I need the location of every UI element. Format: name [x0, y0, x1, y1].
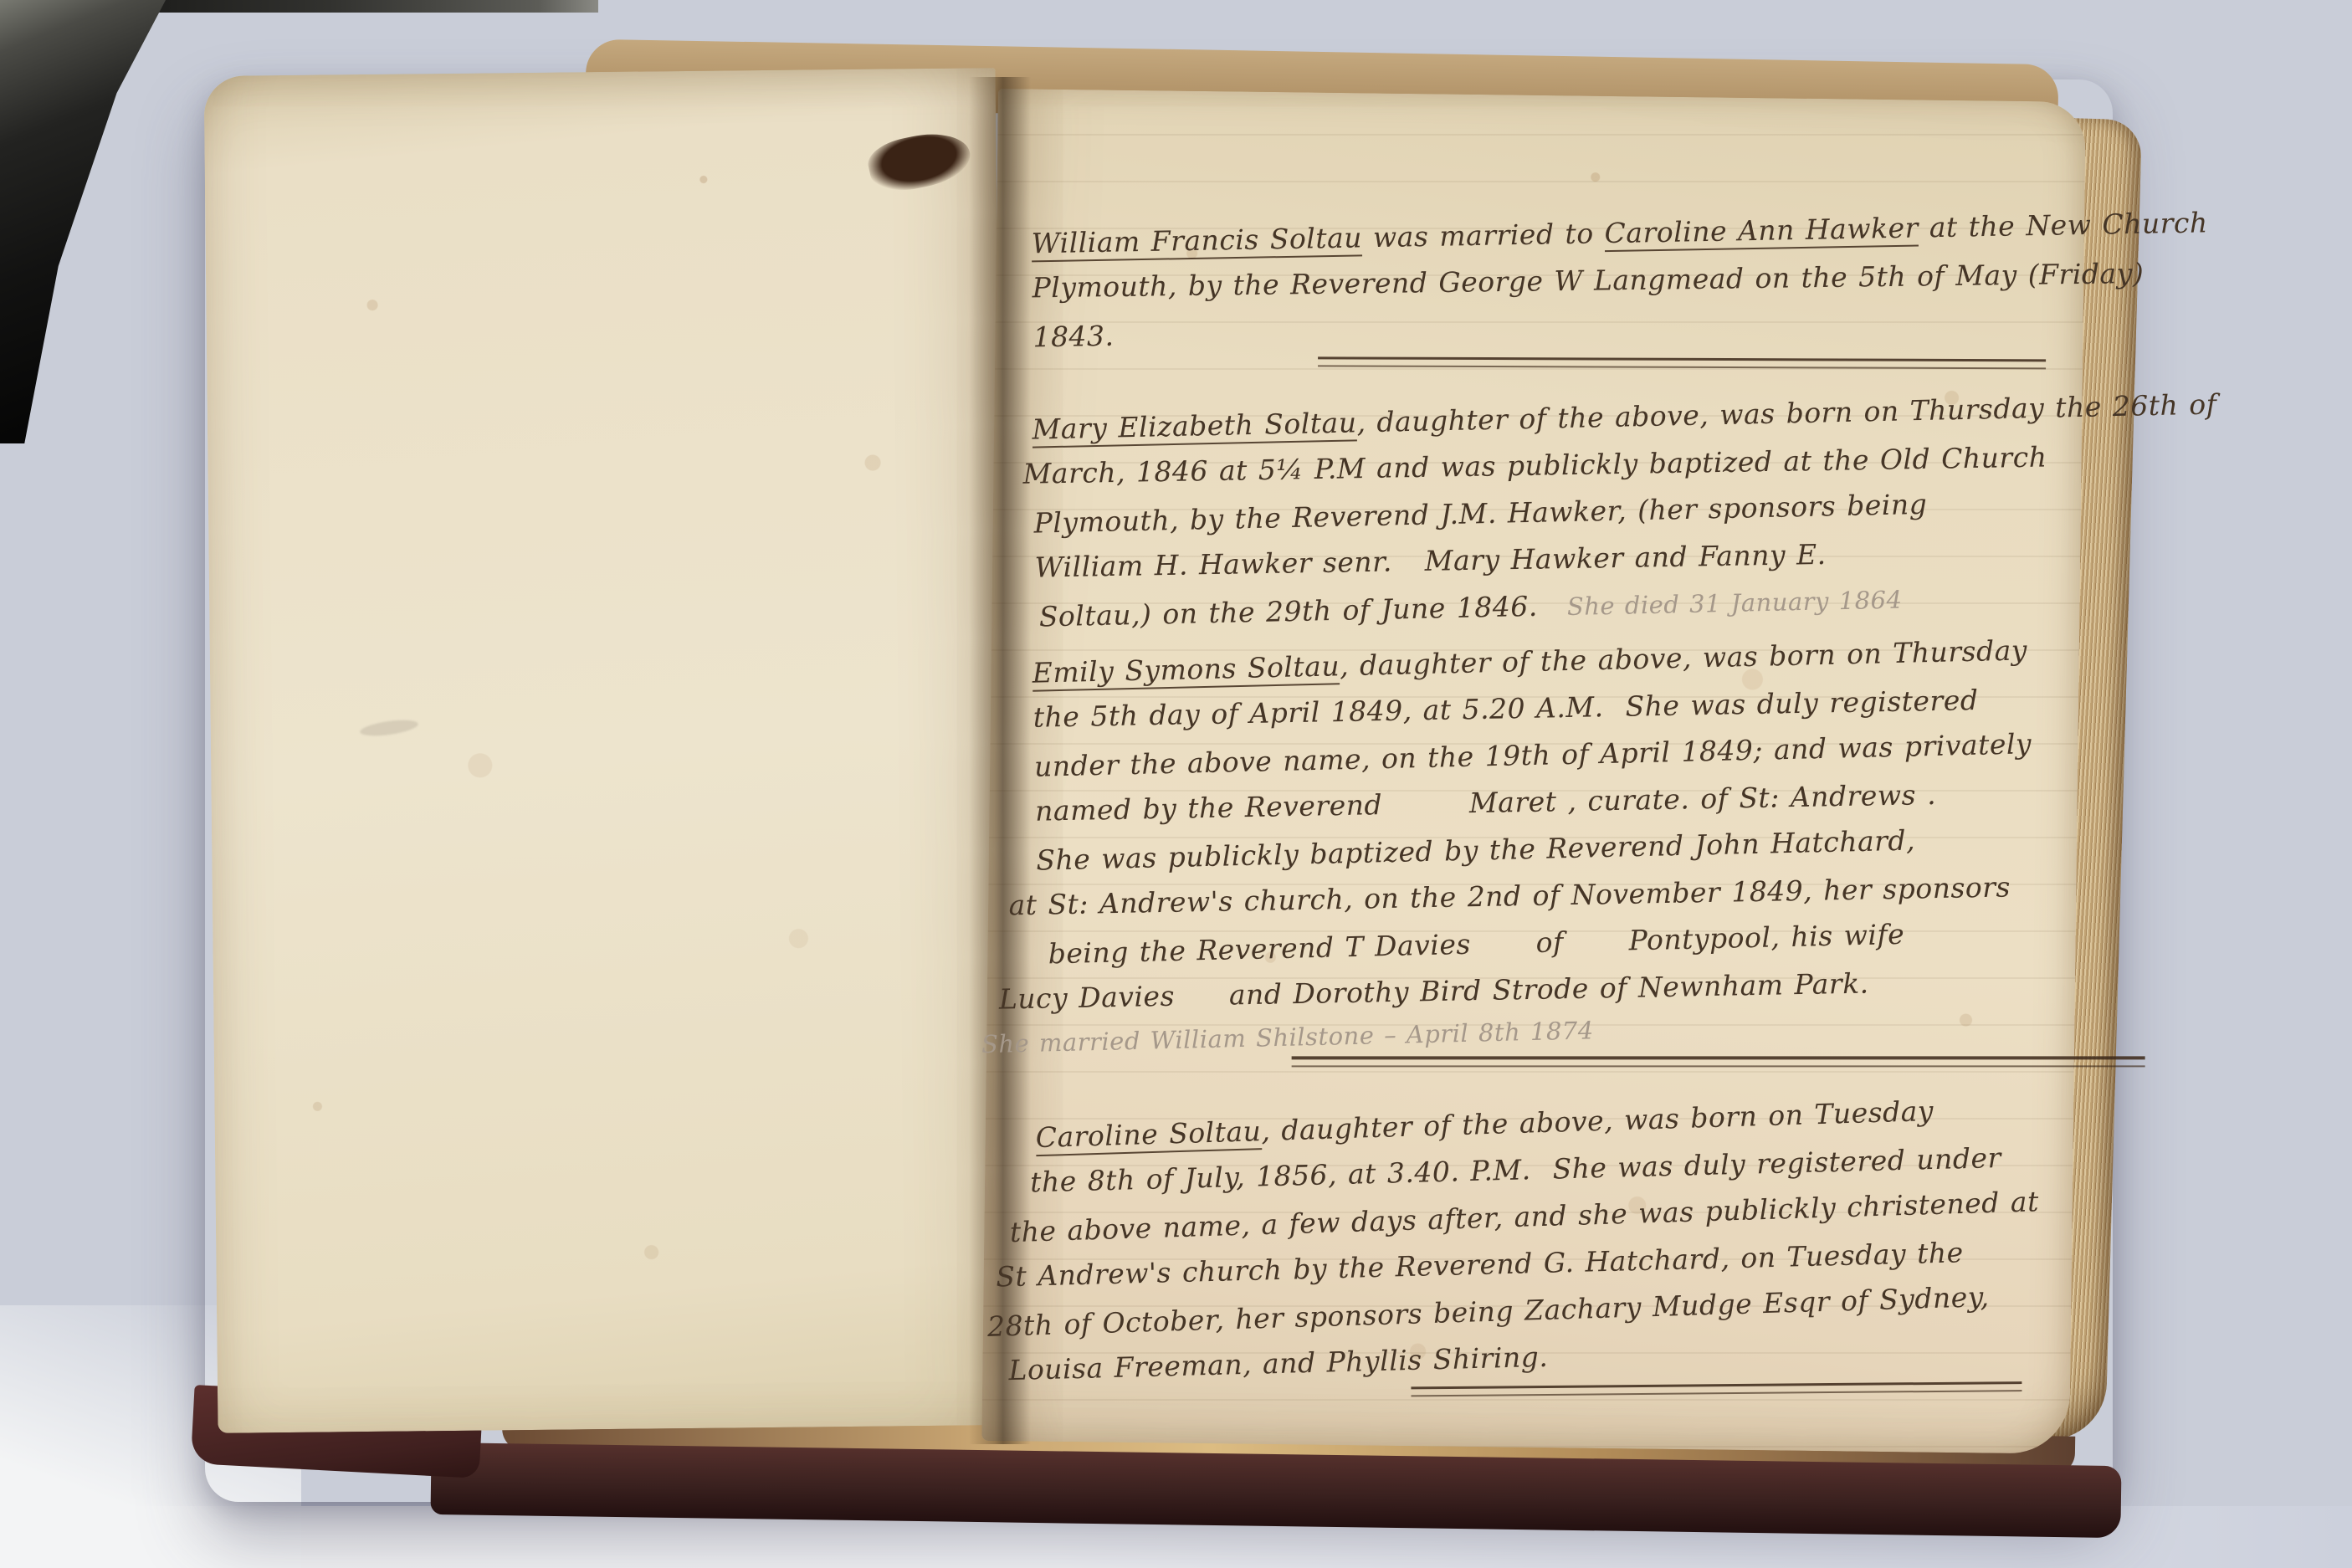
ink-text: at the New Church	[1918, 206, 2207, 243]
photo-of-family-register-book: William Francis Soltau was married to Ca…	[0, 0, 2352, 1568]
entry-divider-rule	[1318, 356, 2046, 369]
register-entry: William Francis Soltau was married to Ca…	[1031, 202, 2100, 378]
person-name: Emily Symons Soltau	[1032, 649, 1340, 691]
left-blank-page	[204, 68, 1010, 1433]
register-entries: William Francis Soltau was married to Ca…	[1032, 208, 2107, 1406]
pencil-note: She married William Shilstone – April 8t…	[981, 1016, 1594, 1058]
ink-text: William H. Hawker senr. Mary Hawker and …	[1034, 538, 1827, 584]
dark-book-corner	[0, 0, 188, 443]
person-name: Caroline Ann Hawker	[1604, 212, 1919, 253]
person-name: Caroline Soltau	[1035, 1115, 1262, 1156]
entry-divider-rule	[1292, 1056, 2145, 1067]
ink-text: , daughter of the above, was born on Thu…	[1356, 387, 2217, 438]
person-name: Mary Elizabeth Soltau	[1032, 406, 1357, 448]
pencil-note: She died 31 January 1864	[1537, 586, 1902, 622]
ink-text: 1843.	[1033, 320, 1115, 354]
register-entry: Emily Symons Soltau, daughter of the abo…	[1032, 627, 2108, 1082]
ink-text: , daughter of the above, was born on Thu…	[1340, 633, 2028, 682]
ink-text: Soltau,) on the 29th of June 1846.	[1038, 590, 1538, 633]
person-name: William Francis Soltau	[1031, 221, 1362, 262]
register-entry: Caroline Soltau, daughter of the above, …	[1035, 1084, 2109, 1412]
entry-divider-rule	[1411, 1381, 2021, 1396]
register-entry: Mary Elizabeth Soltau, daughter of the a…	[1032, 385, 2103, 639]
ink-text: was married to	[1362, 217, 1605, 254]
ink-text: Louisa Freeman, and Phyllis Shiring.	[1008, 1340, 1549, 1386]
